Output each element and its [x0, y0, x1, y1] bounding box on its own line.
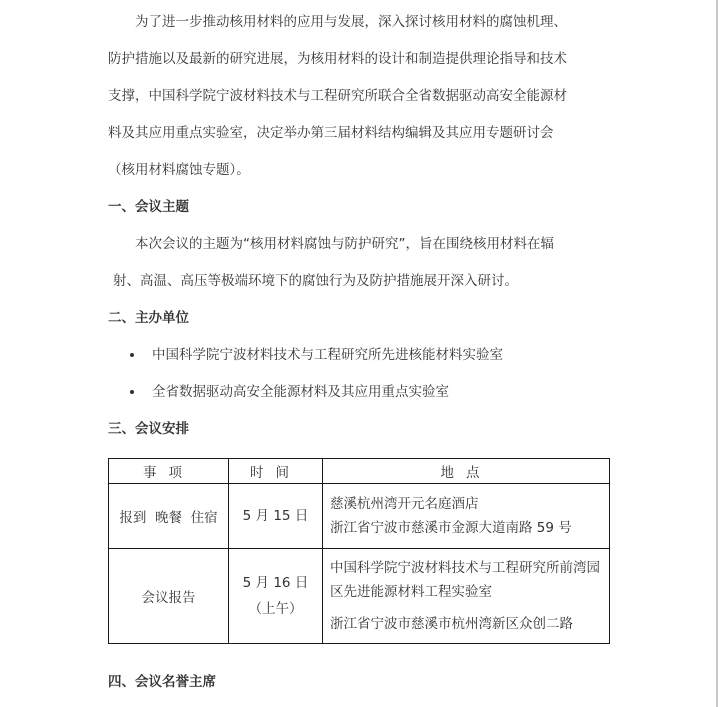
location-line: 中国科学院宁波材料技术与工程研究所前湾园 [330, 556, 609, 580]
organizer-item: 全省数据驱动高安全能源材料及其应用重点实验室 [108, 374, 612, 411]
cell-location: 慈溪杭州湾开元名庭酒店 浙江省宁波市慈溪市金源大道南路 59 号 [323, 484, 610, 549]
bullet-icon [130, 353, 134, 357]
intro-line: 料及其应用重点实验室，决定举办第三届材料结构编辑及其应用专题研讨会 [108, 115, 612, 152]
time-line: （上午） [229, 596, 322, 622]
location-line: 浙江省宁波市慈溪市金源大道南路 59 号 [330, 516, 609, 540]
theme-paragraph: 本次会议的主题为“核用材料腐蚀与防护研究”，旨在围绕核用材料在辐 射、高温、高压… [108, 226, 612, 300]
column-header-location: 地点 [323, 459, 610, 484]
theme-line: 本次会议的主题为“核用材料腐蚀与防护研究”，旨在围绕核用材料在辐 [108, 226, 612, 263]
intro-line: 防护措施以及最新的研究进展，为核用材料的设计和制造提供理论指导和技术 [108, 41, 612, 78]
bullet-icon [130, 390, 134, 394]
organizer-list: 中国科学院宁波材料技术与工程研究所先进核能材料实验室 全省数据驱动高安全能源材料… [108, 337, 612, 411]
cell-location: 中国科学院宁波材料技术与工程研究所前湾园 区先进能源材料工程实验室 浙江省宁波市… [323, 549, 610, 644]
location-line: 区先进能源材料工程实验室 [330, 580, 609, 604]
intro-line: 为了进一步推动核用材料的应用与发展，深入探讨核用材料的腐蚀机理、 [108, 4, 612, 41]
time-line: 5 月 15 日 [229, 503, 322, 529]
location-line: 慈溪杭州湾开元名庭酒店 [330, 492, 609, 516]
intro-paragraph: 为了进一步推动核用材料的应用与发展，深入探讨核用材料的腐蚀机理、 防护措施以及最… [108, 0, 612, 189]
time-line: 5 月 16 日 [229, 570, 322, 596]
column-header-time: 时间 [229, 459, 323, 484]
column-header-item: 事项 [109, 459, 229, 484]
cell-item: 会议报告 [109, 549, 229, 644]
table-row: 会议报告 5 月 16 日 （上午） 中国科学院宁波材料技术与工程研究所前湾园 … [109, 549, 610, 644]
section-heading-honorary-chair: 四、会议名誉主席 [108, 664, 216, 701]
cell-time: 5 月 15 日 [229, 484, 323, 549]
intro-line: 支撑，中国科学院宁波材料技术与工程研究所联合全省数据驱动高安全能源材 [108, 78, 612, 115]
section-heading-organizers: 二、主办单位 [108, 300, 612, 337]
location-line: 浙江省宁波市慈溪市杭州湾新区众创二路 [330, 612, 609, 636]
theme-line: 射、高温、高压等极端环境下的腐蚀行为及防护措施展开深入研讨。 [108, 263, 612, 300]
organizer-label: 中国科学院宁波材料技术与工程研究所先进核能材料实验室 [152, 347, 503, 363]
section-heading-schedule: 三、会议安排 [108, 411, 612, 448]
organizer-label: 全省数据驱动高安全能源材料及其应用重点实验室 [152, 384, 449, 400]
section-heading-theme: 一、会议主题 [108, 189, 612, 226]
document-body: 为了进一步推动核用材料的应用与发展，深入探讨核用材料的腐蚀机理、 防护措施以及最… [108, 0, 612, 448]
cell-time: 5 月 16 日 （上午） [229, 549, 323, 644]
schedule-table: 事项 时间 地点 报到 晚餐 住宿 5 月 15 日 慈溪杭州湾开元名庭酒店 浙… [108, 458, 610, 644]
table-header-row: 事项 时间 地点 [109, 459, 610, 484]
organizer-item: 中国科学院宁波材料技术与工程研究所先进核能材料实验室 [108, 337, 612, 374]
cell-item: 报到 晚餐 住宿 [109, 484, 229, 549]
intro-line: （核用材料腐蚀专题）。 [108, 152, 612, 189]
table-row: 报到 晚餐 住宿 5 月 15 日 慈溪杭州湾开元名庭酒店 浙江省宁波市慈溪市金… [109, 484, 610, 549]
